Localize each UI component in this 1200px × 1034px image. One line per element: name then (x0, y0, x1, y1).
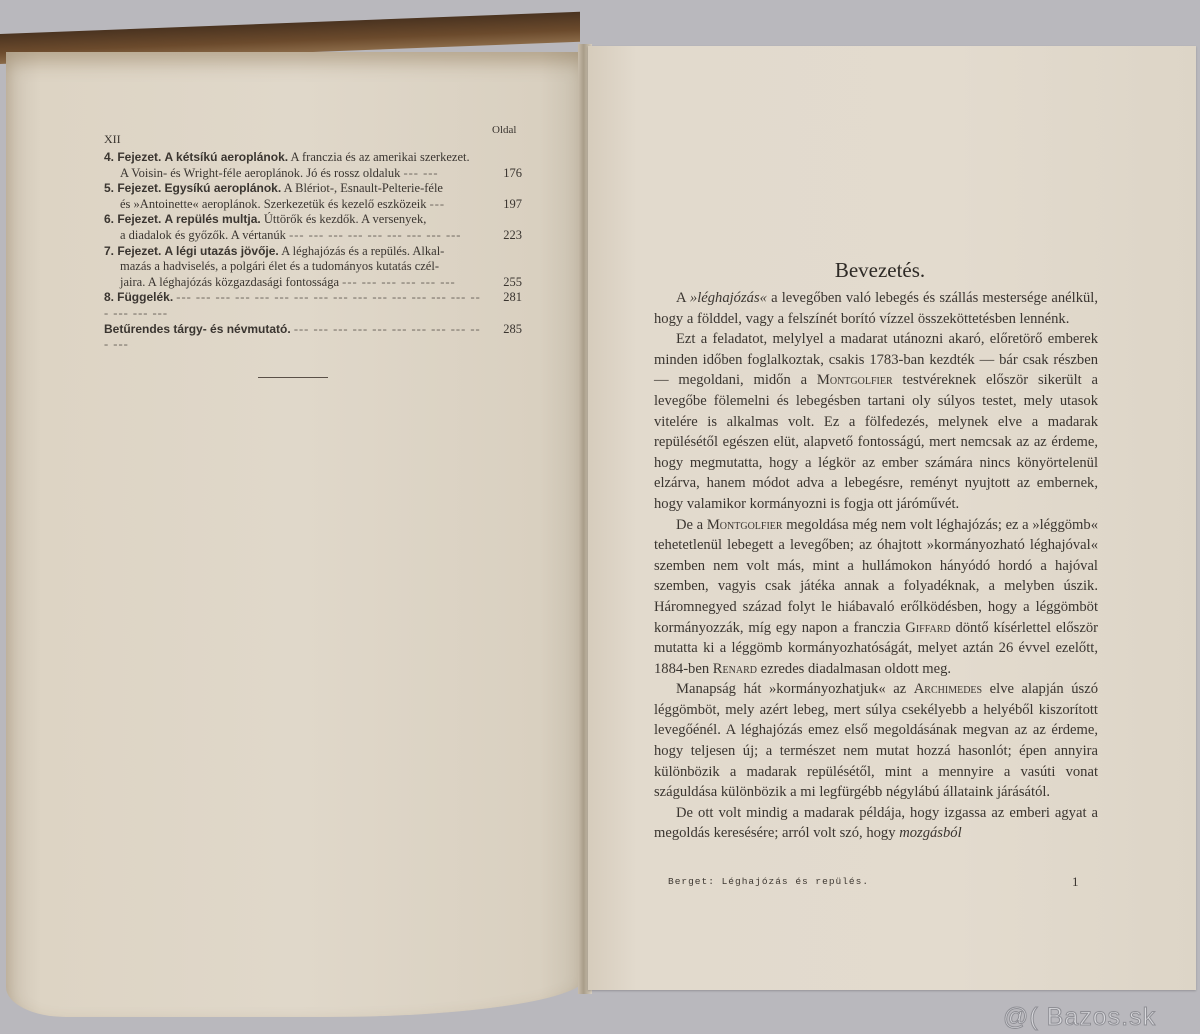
text-run: megoldása még nem volt léghajózás; ez a … (654, 517, 1098, 636)
body-text: A »léghajózás« a levegőben való lebegés … (654, 288, 1098, 844)
paragraph: De ott volt mindig a madarak példája, ho… (654, 803, 1098, 844)
text-run: De ott volt mindig a madarak példája, ho… (654, 805, 1098, 842)
text-run: A (676, 290, 690, 306)
smallcaps-name: Montgolfier (817, 372, 893, 388)
toc-chapter-title: Betűrendes tárgy- és névmutató. (104, 322, 291, 336)
toc-chapter-desc: A franczia és az amerikai szerkezet. (291, 150, 470, 164)
section-divider (258, 377, 328, 378)
paragraph: Ezt a feladatot, melylyel a madarat után… (654, 329, 1098, 514)
toc-entry: 8. Függelék. --- --- --- --- --- --- ---… (104, 290, 522, 321)
leader-dots: --- --- --- --- --- --- (342, 275, 456, 289)
toc-chapter-desc: Úttörők és kezdők. A versenyek, (264, 212, 426, 226)
toc-chapter-desc: A Blériot-, Esnault-Pelterie-féle (284, 181, 443, 195)
paragraph: A »léghajózás« a levegőben való lebegés … (654, 288, 1098, 329)
paragraph: Manapság hát »kormányozhatjuk« az Archim… (654, 679, 1098, 803)
right-page-number: 1 (1072, 874, 1079, 890)
toc-entry-line: a diadalok és győzők. A vértanúk --- ---… (104, 228, 522, 244)
toc-chapter-title: A repülés multja. (164, 212, 260, 226)
watermark-logo: @( Bazos.sk (1003, 1003, 1156, 1032)
toc-column-header: Oldal (492, 124, 516, 136)
toc-chapter-title: A légi utazás jövője. (164, 244, 278, 258)
toc-entry-line: mazás a hadviselés, a polgári élet és a … (104, 259, 522, 275)
toc-page-number: 197 (503, 197, 522, 213)
toc-entry-line: jaira. A léghajózás közgazdasági fontoss… (104, 275, 522, 291)
toc-chapter-desc: jaira. A léghajózás közgazdasági fontoss… (120, 275, 339, 289)
leader-dots: --- --- --- --- --- --- --- --- --- (289, 228, 461, 242)
smallcaps-name: Archimedes (914, 681, 982, 697)
text-run: De a (676, 517, 707, 533)
leader-dots: --- (430, 197, 446, 211)
text-run: testvéreknek először sikerült a levegőbe… (654, 372, 1098, 512)
leader-dots: --- --- (403, 166, 438, 180)
toc-entry: 5. Fejezet. Egysíkú aeroplánok. A Blério… (104, 181, 522, 197)
toc-chapter-number: 5. Fejezet. (104, 181, 161, 195)
toc-entry-line: és »Antoinette« aeroplánok. Szerkezetük … (104, 197, 522, 213)
smallcaps-name: Montgolfier (707, 517, 783, 533)
toc-page-number: 255 (503, 275, 522, 291)
chapter-title: Bevezetés. (640, 258, 1120, 283)
toc-chapter-number: 4. Fejezet. (104, 150, 161, 164)
footer-signature: Berget: Léghajózás és repülés. (668, 876, 869, 887)
table-of-contents: 4. Fejezet. A kétsíkú aeroplánok. A fran… (104, 150, 522, 353)
left-page-number: XII (104, 132, 121, 147)
toc-entry-line: A Voisin- és Wright-féle aeroplánok. Jó … (104, 166, 522, 182)
toc-chapter-title: Függelék. (117, 290, 173, 304)
toc-chapter-desc: mazás a hadviselés, a polgári élet és a … (120, 259, 439, 273)
toc-chapter-title: Egysíkú aeroplánok. (164, 181, 281, 195)
toc-chapter-desc: A léghajózás és a repülés. Alkal- (281, 244, 444, 258)
toc-chapter-number: 7. Fejezet. (104, 244, 161, 258)
toc-chapter-desc: és »Antoinette« aeroplánok. Szerkezetük … (120, 197, 426, 211)
toc-chapter-number: 6. Fejezet. (104, 212, 161, 226)
toc-chapter-desc: A Voisin- és Wright-féle aeroplánok. Jó … (120, 166, 400, 180)
toc-entry: 4. Fejezet. A kétsíkú aeroplánok. A fran… (104, 150, 522, 166)
italic-text-run: »léghajózás« (690, 290, 767, 306)
smallcaps-name: Renard (713, 661, 757, 677)
italic-text-run: mozgásból (899, 825, 961, 841)
toc-entry: 7. Fejezet. A légi utazás jövője. A légh… (104, 244, 522, 260)
text-run: elve alapján úszó léggömböt, mely azért … (654, 681, 1098, 800)
toc-page-number: 281 (503, 290, 522, 306)
text-run: Manapság hát »kormányozhatjuk« az (676, 681, 914, 697)
toc-entry: Betűrendes tárgy- és névmutató. --- --- … (104, 322, 522, 353)
paragraph: De a Montgolfier megoldása még nem volt … (654, 515, 1098, 680)
toc-chapter-desc: a diadalok és győzők. A vértanúk (120, 228, 286, 242)
toc-page-number: 223 (503, 228, 522, 244)
toc-chapter-title: A kétsíkú aeroplánok. (164, 150, 288, 164)
smallcaps-name: Giffard (905, 620, 950, 636)
toc-page-number: 176 (503, 166, 522, 182)
text-run: ezredes diadalmasan oldott meg. (757, 661, 951, 677)
toc-entry: 6. Fejezet. A repülés multja. Úttörők és… (104, 212, 522, 228)
toc-chapter-number: 8. (104, 290, 114, 304)
toc-page-number: 285 (503, 322, 522, 338)
